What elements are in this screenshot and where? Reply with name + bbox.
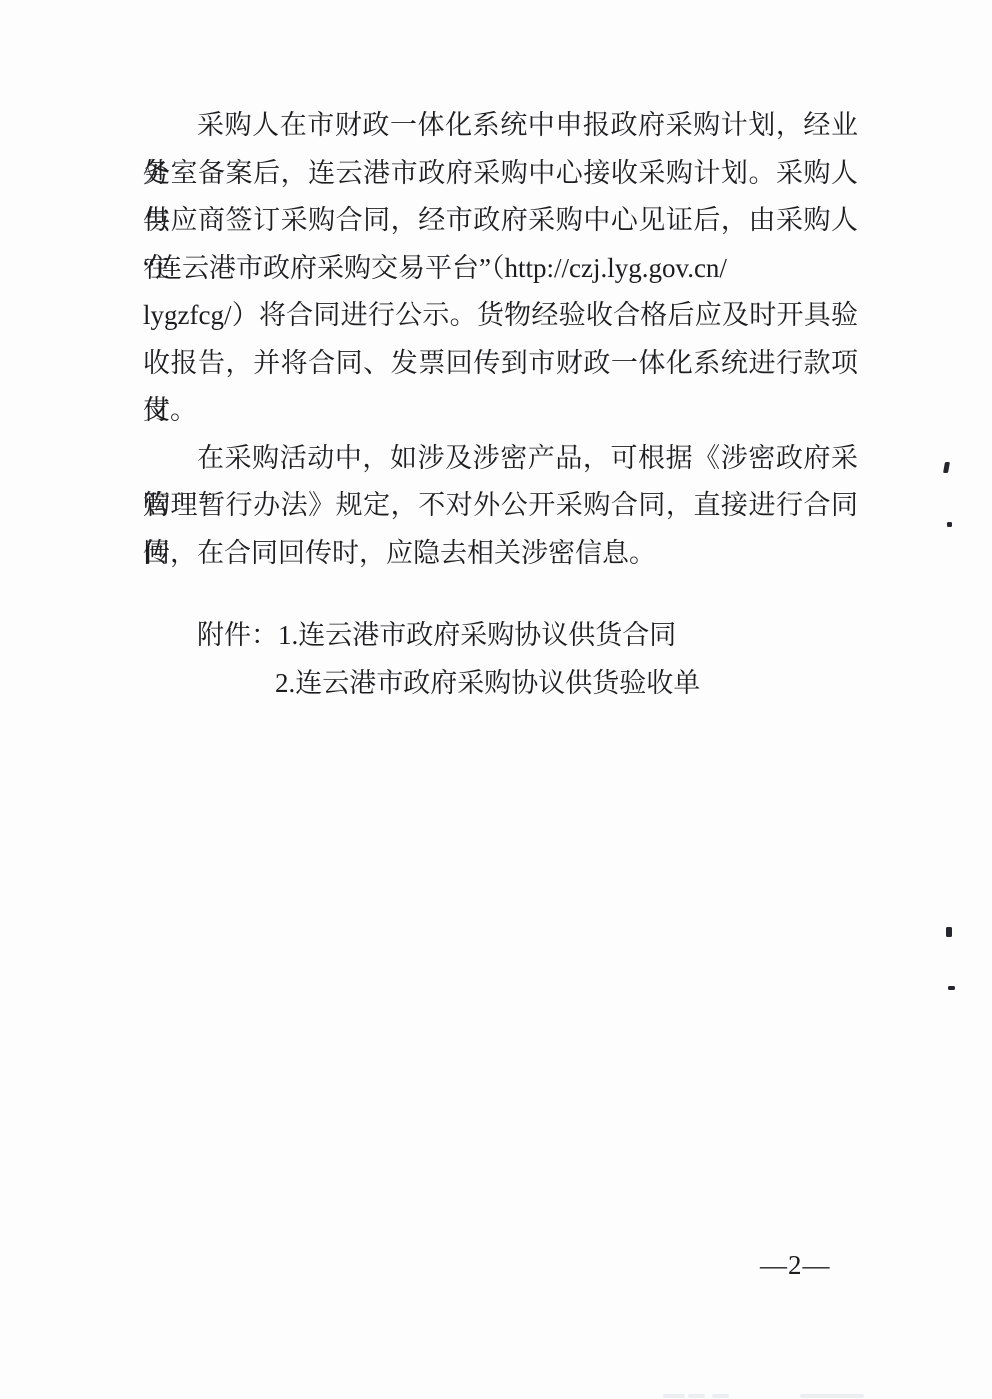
ink-speck	[946, 927, 952, 937]
body-text: 采购人在市财政一体化系统中申报政府采购计划，经业务 处室备案后，连云港市政府采购…	[143, 102, 858, 577]
ink-speck	[947, 522, 952, 527]
paragraph2-line1: 在采购活动中，如涉及涉密产品，可根据《涉密政府采购	[143, 435, 858, 483]
ink-speck	[948, 986, 955, 990]
scan-smudge	[688, 1394, 705, 1398]
paragraph1-line5: lygzfcg/）将合同进行公示。货物经验收合格后应及时开具验	[143, 292, 858, 340]
attachment-item-2: 2.连云港市政府采购协议供货验收单	[275, 668, 700, 698]
paragraph2-line2: 管理暂行办法》规定，不对外公开采购合同，直接进行合同回	[143, 482, 858, 530]
attachment-line-2: 2.连云港市政府采购协议供货验收单	[143, 660, 858, 708]
paragraph1-line4: “连云港市政府采购交易平台”（http://czj.lyg.gov.cn/	[143, 245, 858, 293]
ink-speck	[943, 462, 950, 473]
scan-smudge	[800, 1394, 864, 1398]
paragraph1-line2: 处室备案后，连云港市政府采购中心接收采购计划。采购人与	[143, 150, 858, 198]
attachment-line-1: 附件：1.连云港市政府采购协议供货合同	[143, 612, 858, 660]
paragraph1-line3: 供应商签订采购合同，经市政府采购中心见证后，由采购人在	[143, 197, 858, 245]
attachments-label: 附件：	[197, 620, 278, 650]
scan-smudge	[712, 1394, 729, 1398]
attachments-section: 附件：1.连云港市政府采购协议供货合同 2.连云港市政府采购协议供货验收单	[143, 612, 858, 707]
scan-smudge	[663, 1394, 685, 1398]
paragraph1-line7: 付。	[143, 387, 858, 435]
paragraph1-line6: 收报告，并将合同、发票回传到市财政一体化系统进行款项支	[143, 340, 858, 388]
page-number: —2—	[760, 1249, 831, 1281]
scanned-document-page: 采购人在市财政一体化系统中申报政府采购计划，经业务 处室备案后，连云港市政府采购…	[0, 0, 992, 1399]
paragraph1-line1: 采购人在市财政一体化系统中申报政府采购计划，经业务	[143, 102, 858, 150]
paragraph2-line3: 传，在合同回传时，应隐去相关涉密信息。	[143, 530, 858, 578]
attachment-item-1: 1.连云港市政府采购协议供货合同	[278, 620, 676, 650]
